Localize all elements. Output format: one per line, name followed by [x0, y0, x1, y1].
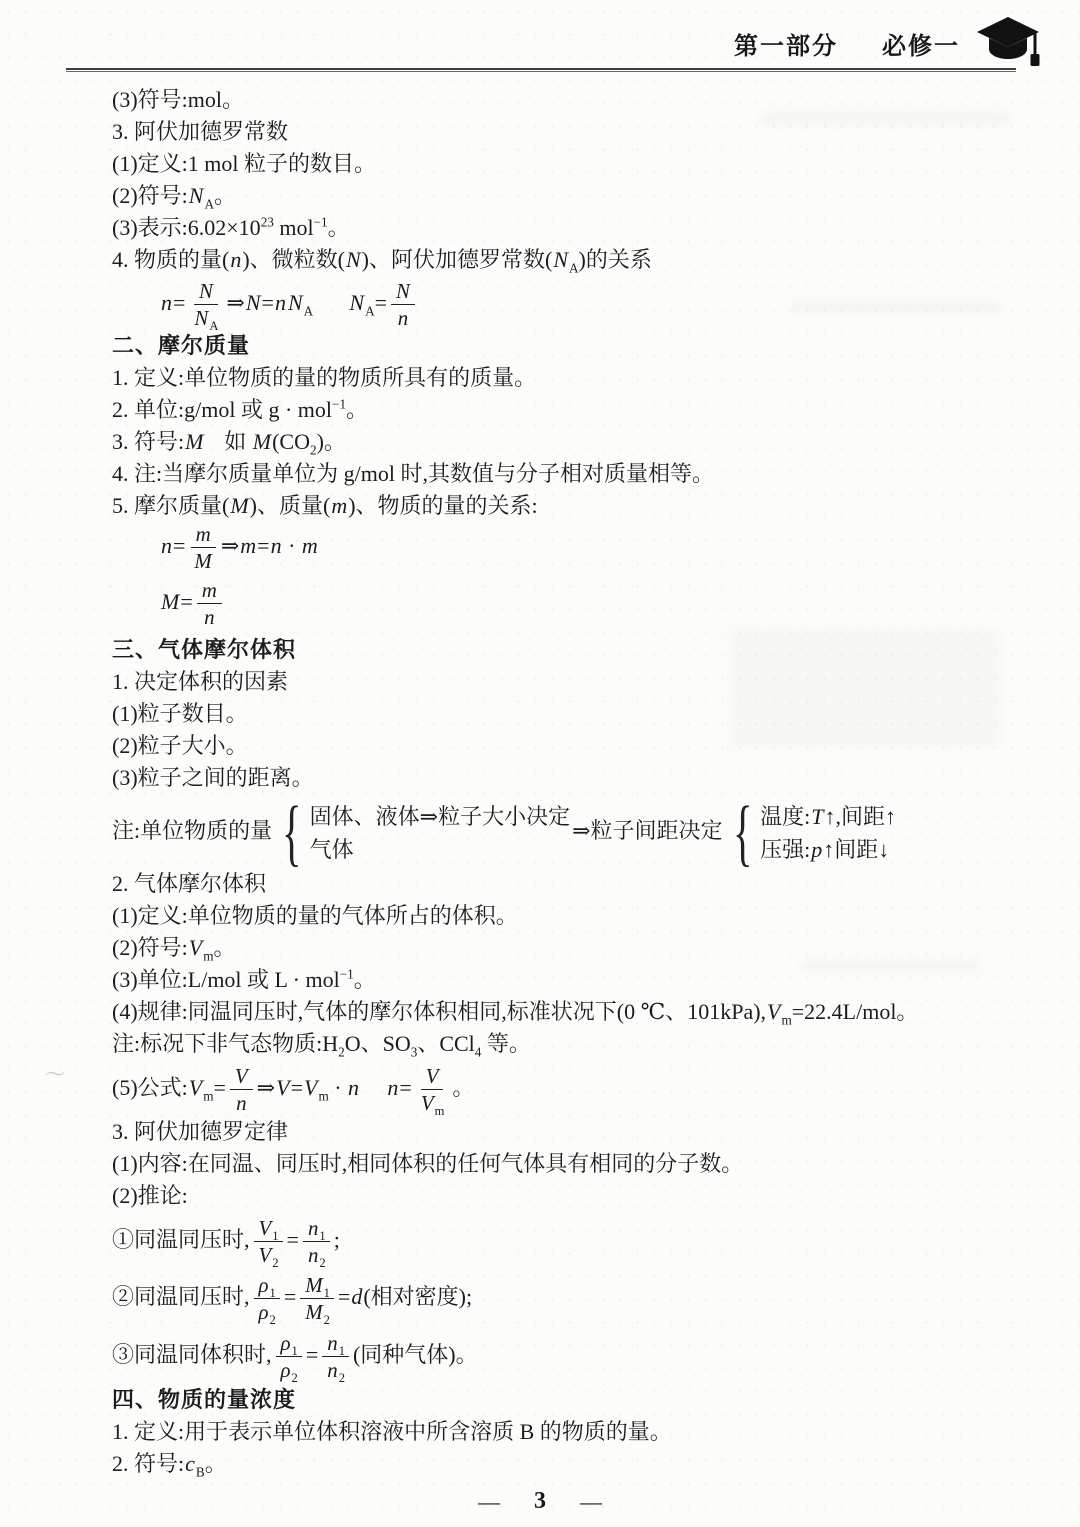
math-variable: N — [188, 183, 205, 208]
math-variable: m — [330, 493, 348, 518]
textbook-page: 第一部分 必修一 (3)符号:mol。3. 阿伏加德罗常数(1)定义:1 mol… — [0, 0, 1080, 1527]
text-run: = — [173, 290, 185, 315]
text-run: )的关系 — [579, 247, 652, 272]
text-run: = — [213, 1075, 225, 1100]
fraction: n1n2 — [303, 1216, 330, 1267]
math-variable: N — [198, 279, 214, 303]
text-run: 固体、液体⇒粒子大小决定 — [310, 804, 570, 829]
text-run: )、质量( — [250, 493, 331, 518]
fraction-numerator: ρ1 — [254, 1273, 280, 1299]
text-run: A — [365, 303, 375, 318]
text-run: m — [203, 1088, 213, 1103]
text-run: (3)粒子之间的距离。 — [112, 765, 314, 790]
math-variable: n — [307, 1216, 319, 1240]
text-run: = — [399, 1075, 411, 1100]
math-variable: n — [160, 290, 173, 315]
text-run: 3. 阿伏加德罗定律 — [112, 1119, 288, 1144]
item-particle-size: (2)粒子大小。 — [112, 730, 1044, 762]
math-variable: V — [766, 999, 781, 1024]
math-variable: n — [229, 247, 242, 272]
fraction-denominator: M2 — [300, 1299, 334, 1324]
math-variable: M — [304, 1300, 323, 1324]
fraction-numerator: m — [191, 522, 216, 548]
fraction-numerator: ρ1 — [276, 1331, 302, 1357]
text-run: 23 — [261, 215, 274, 230]
text-run: (相对密度); — [363, 1284, 472, 1309]
text-run: (1)定义:1 mol 粒子的数目。 — [112, 151, 376, 176]
text-run: 气体 — [310, 837, 354, 862]
fraction: V1V2 — [254, 1216, 283, 1267]
math-variable: ρ — [258, 1273, 270, 1297]
text-run: mol — [274, 215, 314, 240]
formula-inference-2: ②同温同压时,ρ1ρ2=M1M2=d(相对密度); — [112, 1268, 1044, 1326]
text-run: (2)粒子大小。 — [112, 733, 248, 758]
math-variable: V — [258, 1216, 273, 1240]
fraction-denominator: n2 — [322, 1357, 349, 1382]
heading-molar-mass: 二、摩尔质量 — [112, 330, 1044, 362]
math-variable: V — [275, 1075, 290, 1100]
fraction-denominator: n — [231, 1090, 251, 1115]
text-run: 注:单位物质的量 — [112, 818, 272, 843]
text-run: ①同温同压时, — [112, 1227, 250, 1252]
math-variable: c — [184, 1451, 196, 1476]
item-concentration-symbol: 2. 符号:cB。 — [112, 1448, 1044, 1480]
fraction-denominator: n2 — [303, 1242, 330, 1267]
math-variable: N — [348, 290, 365, 315]
text-run: ; — [334, 1227, 340, 1252]
text-run: 注:标况下非气态物质:H — [112, 1031, 338, 1056]
text-run: 2. 符号: — [112, 1451, 184, 1476]
brace-group: {温度:T↑,间距↑压强:p↑间距↓ — [725, 800, 896, 867]
brace-row: 气体 — [310, 833, 570, 866]
math-variable: V — [188, 1075, 203, 1100]
math-variable: ρ — [280, 1331, 292, 1355]
text-run: m — [435, 1105, 445, 1119]
fraction: VVm — [416, 1064, 449, 1115]
item-relation-n-N-NA: 4. 物质的量(n)、微粒数(N)、阿伏加德罗常数(NA)的关系 — [112, 244, 1044, 276]
item-gmv-rule: (4)规律:同温同压时,气体的摩尔体积相同,标准状况下(0 ℃、101kPa),… — [112, 996, 1044, 1028]
math-variable: M — [184, 429, 204, 454]
text-run: 2. 单位:g/mol 或 g · mol — [112, 397, 332, 422]
math-variable: m — [239, 533, 257, 558]
text-run: ③同温同体积时, — [112, 1342, 272, 1367]
text-run: −1 — [340, 967, 354, 982]
text-run: 1. 决定体积的因素 — [112, 669, 288, 694]
formula-Vm-V-n: (5)公式:Vm=Vn⇒V=Vm · nn=VVm。 — [112, 1060, 1044, 1116]
text-run: 四、物质的量浓度 — [112, 1387, 296, 1412]
text-run: 4. 物质的量( — [112, 247, 229, 272]
text-run: (2)符号: — [112, 183, 188, 208]
text-run: ⇒ — [226, 290, 244, 315]
text-run: 。 — [452, 1075, 474, 1100]
text-run: = — [262, 290, 274, 315]
text-run: = — [375, 290, 387, 315]
fraction: mM — [189, 522, 216, 573]
fraction-numerator: n1 — [322, 1331, 349, 1357]
header-volume-label: 必修一 — [882, 26, 960, 61]
fraction-numerator: V1 — [254, 1216, 283, 1242]
fraction: M1M2 — [300, 1273, 334, 1324]
math-variable: V — [234, 1064, 249, 1088]
text-run: 4. 注:当摩尔质量单位为 g/mol 时,其数值与分子相对质量相等。 — [112, 461, 714, 486]
graduation-cap-icon — [976, 16, 1042, 70]
math-variable: M — [252, 429, 272, 454]
math-variable: V — [420, 1091, 435, 1115]
item-avogadro-constant: 3. 阿伏加德罗常数 — [112, 116, 1044, 148]
item-particle-number: (1)粒子数目。 — [112, 698, 1044, 730]
text-run: (1)粒子数目。 — [112, 701, 248, 726]
text-run: m — [318, 1088, 328, 1103]
math-variable: n — [307, 1243, 319, 1267]
text-run: )、物质的量的关系: — [348, 493, 537, 518]
fraction: ρ1ρ2 — [254, 1273, 280, 1324]
text-run: = — [338, 1284, 350, 1309]
math-variable: N — [395, 279, 411, 303]
math-variable: n — [270, 533, 283, 558]
item-gmv-definition: (1)定义:单位物质的量的气体所占的体积。 — [112, 900, 1044, 932]
text-run: 。 — [213, 935, 235, 960]
math-variable: T — [810, 804, 824, 829]
text-run: 压强: — [760, 837, 810, 862]
text-run: 三、气体摩尔体积 — [112, 637, 296, 662]
fraction: NNA — [189, 279, 222, 330]
text-run: 温度: — [760, 804, 810, 829]
fraction-numerator: N — [194, 279, 218, 305]
text-run: 如 — [224, 429, 252, 454]
item-gas-molar-volume: 2. 气体摩尔体积 — [112, 868, 1044, 900]
math-variable: n — [347, 1075, 360, 1100]
fraction-denominator: ρ2 — [254, 1299, 280, 1324]
text-run: ↑间距↓ — [823, 837, 889, 862]
item-molar-mass-unit: 2. 单位:g/mol 或 g · mol−1。 — [112, 394, 1044, 426]
math-variable: n — [160, 533, 173, 558]
left-brace: { — [282, 800, 302, 867]
text-run: ②同温同压时, — [112, 1284, 250, 1309]
page-number: 3 — [534, 1488, 546, 1515]
fraction-numerator: N — [391, 279, 415, 305]
text-run: 。 — [214, 183, 236, 208]
math-variable: m — [201, 578, 218, 602]
math-variable: M — [304, 1273, 323, 1297]
note-non-gaseous: 注:标况下非气态物质:H2O、SO3、CCl4 等。 — [112, 1028, 1044, 1060]
item-mole-symbol: (3)符号:mol。 — [112, 84, 1044, 116]
item-gmv-unit: (3)单位:L/mol 或 L · mol−1。 — [112, 964, 1044, 996]
math-variable: ρ — [258, 1300, 270, 1324]
math-variable: n — [203, 605, 215, 629]
text-run: −1 — [332, 397, 346, 412]
text-run: (4)规律:同温同压时,气体的摩尔体积相同,标准状况下(0 ℃、101kPa), — [112, 999, 766, 1024]
item-molar-mass-relation: 5. 摩尔质量(M)、质量(m)、物质的量的关系: — [112, 490, 1044, 522]
item-volume-factors: 1. 决定体积的因素 — [112, 666, 1044, 698]
text-run: (1)定义:单位物质的量的气体所占的体积。 — [112, 903, 518, 928]
math-variable: V — [258, 1243, 273, 1267]
text-run: = — [173, 533, 185, 558]
text-run: 。 — [346, 397, 368, 422]
text-run: 2 — [310, 442, 317, 457]
item-avogadro-symbol: (2)符号:NA。 — [112, 180, 1044, 212]
text-run: 等。 — [481, 1031, 531, 1056]
text-run: = — [284, 1284, 296, 1309]
left-brace: { — [733, 800, 753, 867]
fraction-numerator: m — [197, 578, 222, 604]
formula-inference-1: ①同温同压时,V1V2=n1n2; — [112, 1212, 1044, 1268]
fraction: mn — [197, 578, 222, 629]
brace-row: 压强:p↑间距↓ — [760, 833, 896, 866]
text-run: 2 — [338, 1044, 345, 1059]
fraction: n1n2 — [322, 1331, 349, 1382]
text-run: (CO — [272, 429, 310, 454]
brace-row: 固体、液体⇒粒子大小决定 — [310, 800, 570, 833]
page-header: 第一部分 必修一 — [734, 16, 1042, 70]
fraction: Vn — [230, 1064, 253, 1115]
text-run: 3. 阿伏加德罗常数 — [112, 119, 288, 144]
formula-M-m-n: M=mn — [112, 570, 1044, 634]
text-run: ⇒ — [257, 1075, 275, 1100]
item-concentration-definition: 1. 定义:用于表示单位体积溶液中所含溶质 B 的物质的量。 — [112, 1416, 1044, 1448]
fraction-numerator: V — [421, 1064, 444, 1090]
text-run: (3)符号:mol。 — [112, 87, 244, 112]
text-run: A — [304, 303, 314, 318]
note-volume-determinants: 注:单位物质的量{固体、液体⇒粒子大小决定气体⇒粒子间距决定{温度:T↑,间距↑… — [112, 794, 1044, 868]
fraction: ρ1ρ2 — [276, 1331, 302, 1382]
text-run: 5. 摩尔质量( — [112, 493, 229, 518]
fraction-numerator: n1 — [303, 1216, 330, 1242]
math-variable: n — [386, 1075, 399, 1100]
fraction-denominator: Vm — [416, 1090, 449, 1115]
fraction-numerator: V — [230, 1064, 253, 1090]
math-variable: N — [552, 247, 569, 272]
text-run: 。 — [354, 967, 376, 992]
text-run: ⇒粒子间距决定 — [572, 818, 722, 843]
item-avogadro-value: (3)表示:6.02×1023 mol−1。 — [112, 212, 1044, 244]
math-variable: n — [397, 306, 409, 330]
text-run: = — [287, 1227, 299, 1252]
math-variable: N — [193, 306, 209, 330]
math-variable: ρ — [280, 1358, 292, 1382]
heading-molar-concentration: 四、物质的量浓度 — [112, 1384, 1044, 1416]
text-run: 1. 定义:单位物质的量的物质所具有的质量。 — [112, 365, 536, 390]
item-inferences: (2)推论: — [112, 1180, 1044, 1212]
text-run: 1. 定义:用于表示单位体积溶液中所含溶质 B 的物质的量。 — [112, 1419, 672, 1444]
text-run: (2)推论: — [112, 1183, 188, 1208]
item-molar-mass-definition: 1. 定义:单位物质的量的物质所具有的质量。 — [112, 362, 1044, 394]
text-run: = — [306, 1342, 318, 1367]
text-run: · — [283, 533, 301, 558]
text-run: m — [203, 948, 213, 963]
text-run: ↑,间距↑ — [824, 804, 896, 829]
content-lines: (3)符号:mol。3. 阿伏加德罗常数(1)定义:1 mol 粒子的数目。(2… — [112, 84, 1044, 1480]
fraction-denominator: V2 — [254, 1242, 283, 1267]
text-run: ⇒ — [221, 533, 239, 558]
math-variable: V — [425, 1064, 440, 1088]
text-run: 二、摩尔质量 — [112, 333, 250, 358]
margin-squiggle-mark: 〜 — [42, 1057, 67, 1090]
math-variable: N — [287, 290, 304, 315]
text-run: = — [257, 533, 269, 558]
text-run: 。 — [205, 1451, 227, 1476]
text-run: )。 — [317, 429, 346, 454]
item-molar-mass-note: 4. 注:当摩尔质量单位为 g/mol 时,其数值与分子相对质量相等。 — [112, 458, 1044, 490]
text-run: (2)符号: — [112, 935, 188, 960]
brace-rows: 温度:T↑,间距↑压强:p↑间距↓ — [760, 800, 896, 866]
text-run: · — [329, 1075, 347, 1100]
item-avogadro-law: 3. 阿伏加德罗定律 — [112, 1116, 1044, 1148]
header-part-label: 第一部分 — [734, 26, 838, 61]
text-run: 、CCl — [417, 1031, 474, 1056]
math-variable: n — [274, 290, 287, 315]
text-run: m — [781, 1012, 791, 1027]
math-variable: m — [301, 533, 319, 558]
text-run: A — [569, 260, 579, 275]
brace-rows: 固体、液体⇒粒子大小决定气体 — [310, 800, 570, 866]
footer-dash-left: — — [478, 1489, 500, 1515]
page-footer: — 3 — — [0, 1488, 1080, 1515]
text-run: A — [204, 196, 214, 211]
text-run: )、阿伏加德罗常数( — [362, 247, 553, 272]
fraction-denominator: NA — [189, 305, 222, 330]
text-run: )、微粒数( — [242, 247, 345, 272]
text-run: = — [180, 589, 192, 614]
math-variable: M — [160, 589, 180, 614]
text-run: −1 — [314, 215, 328, 230]
fraction-denominator: ρ2 — [276, 1357, 302, 1382]
item-avogadro-definition: (1)定义:1 mol 粒子的数目。 — [112, 148, 1044, 180]
header-rule — [66, 68, 1016, 72]
math-variable: d — [350, 1284, 363, 1309]
text-run: (5)公式: — [112, 1075, 188, 1100]
fraction: Nn — [391, 279, 415, 330]
text-run: 3. 符号: — [112, 429, 184, 454]
formula-n-N-NA: n=NNA⇒N=nNANA=Nn — [112, 276, 1044, 330]
math-variable: n — [235, 1091, 247, 1115]
heading-gas-molar-volume: 三、气体摩尔体积 — [112, 634, 1044, 666]
math-variable: p — [810, 837, 823, 862]
formula-inference-3: ③同温同体积时,ρ1ρ2=n1n2(同种气体)。 — [112, 1326, 1044, 1384]
text-run: 2 — [339, 1372, 345, 1386]
item-gmv-symbol: (2)符号:Vm。 — [112, 932, 1044, 964]
fraction-numerator: M1 — [300, 1273, 334, 1299]
math-variable: N — [245, 290, 262, 315]
text-run: (3)单位:L/mol 或 L · mol — [112, 967, 340, 992]
text-run: (同种气体)。 — [353, 1342, 478, 1367]
math-variable: n — [326, 1331, 338, 1355]
text-run: 。 — [328, 215, 350, 240]
text-run: =22.4L/mol。 — [792, 999, 919, 1024]
fraction-denominator: n — [199, 604, 219, 629]
text-run: O、SO — [345, 1031, 411, 1056]
brace-row: 温度:T↑,间距↑ — [760, 800, 896, 833]
math-variable: V — [303, 1075, 318, 1100]
text-run: B — [196, 1464, 205, 1479]
text-run: (3)表示:6.02×10 — [112, 215, 261, 240]
text-run: 2. 气体摩尔体积 — [112, 871, 266, 896]
item-particle-distance: (3)粒子之间的距离。 — [112, 762, 1044, 794]
math-variable: M — [229, 493, 249, 518]
fraction-denominator: n — [393, 305, 413, 330]
item-law-content: (1)内容:在同温、同压时,相同体积的任何气体具有相同的分子数。 — [112, 1148, 1044, 1180]
text-run: = — [291, 1075, 303, 1100]
math-variable: n — [326, 1358, 338, 1382]
footer-dash-right: — — [580, 1489, 602, 1515]
math-variable: V — [188, 935, 203, 960]
text-run: (1)内容:在同温、同压时,相同体积的任何气体具有相同的分子数。 — [112, 1151, 743, 1176]
brace-group: {固体、液体⇒粒子大小决定气体 — [274, 800, 570, 867]
item-molar-mass-symbol: 3. 符号:M如 M(CO2)。 — [112, 426, 1044, 458]
formula-n-m-M: n=mM⇒m=n · m — [112, 522, 1044, 570]
math-variable: N — [345, 247, 362, 272]
math-variable: m — [195, 522, 212, 546]
